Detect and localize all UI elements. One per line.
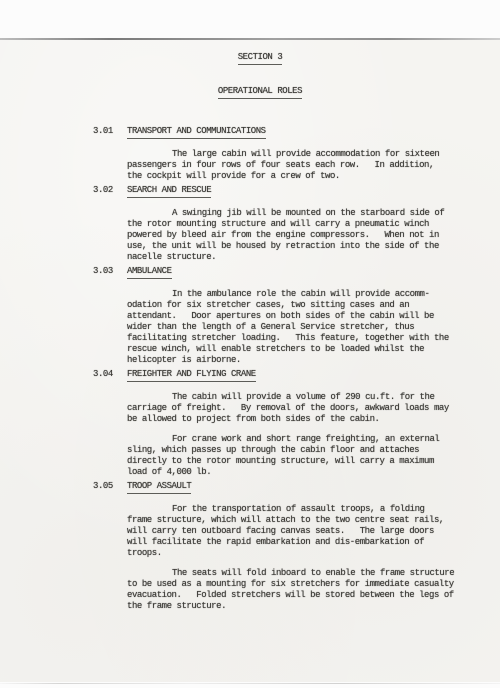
section-label-row: SECTION 3 — [70, 52, 450, 65]
section: 3.04 FREIGHTER AND FLYING CRANE The cabi… — [93, 369, 500, 478]
section-heading: FREIGHTER AND FLYING CRANE — [127, 369, 256, 382]
sections: 3.01 TRANSPORT AND COMMUNICATIONS The la… — [0, 126, 500, 612]
section-number: 3.02 — [93, 185, 127, 198]
paragraph: In the ambulance role the cabin will pro… — [127, 289, 467, 366]
paragraph: For crane work and short range freightin… — [127, 434, 467, 478]
section-heading: TRANSPORT AND COMMUNICATIONS — [127, 126, 266, 139]
section-body: A swinging jib will be mounted on the st… — [127, 208, 467, 263]
section-number: 3.04 — [93, 369, 127, 382]
section-body: In the ambulance role the cabin will pro… — [127, 289, 467, 366]
section-number: 3.05 — [93, 481, 127, 494]
section-header: 3.04 FREIGHTER AND FLYING CRANE — [93, 369, 500, 382]
page-title: OPERATIONAL ROLES — [218, 86, 302, 99]
document-content: SECTION 3 OPERATIONAL ROLES 3.01 TRANSPO… — [0, 52, 500, 615]
paragraph: For the transportation of assault troops… — [127, 504, 467, 559]
section: 3.02 SEARCH AND RESCUE A swinging jib wi… — [93, 185, 500, 263]
section-heading: AMBULANCE — [127, 266, 172, 279]
section-header: 3.02 SEARCH AND RESCUE — [93, 185, 500, 198]
section-heading: SEARCH AND RESCUE — [127, 185, 211, 198]
document-header: SECTION 3 OPERATIONAL ROLES — [70, 52, 450, 99]
page-title-row: OPERATIONAL ROLES — [70, 86, 450, 99]
section-label: SECTION 3 — [238, 52, 283, 65]
scan-edge-bottom-line — [0, 683, 500, 684]
section-header: 3.05 TROOP ASSAULT — [93, 481, 500, 494]
paragraph: The seats will fold inboard to enable th… — [127, 568, 467, 612]
paragraph: A swinging jib will be mounted on the st… — [127, 208, 467, 263]
section-number: 3.01 — [93, 126, 127, 139]
section: 3.03 AMBULANCE In the ambulance role the… — [93, 266, 500, 366]
section: 3.01 TRANSPORT AND COMMUNICATIONS The la… — [93, 126, 500, 182]
scanned-page: SECTION 3 OPERATIONAL ROLES 3.01 TRANSPO… — [0, 0, 500, 688]
section-header: 3.01 TRANSPORT AND COMMUNICATIONS — [93, 126, 500, 139]
section-body: For the transportation of assault troops… — [127, 504, 467, 612]
section-header: 3.03 AMBULANCE — [93, 266, 500, 279]
paragraph: The large cabin will provide accommodati… — [127, 149, 467, 182]
section-body: The large cabin will provide accommodati… — [127, 149, 467, 182]
section-heading: TROOP ASSAULT — [127, 481, 191, 494]
section: 3.05 TROOP ASSAULT For the transportatio… — [93, 481, 500, 612]
section-number: 3.03 — [93, 266, 127, 279]
section-body: The cabin will provide a volume of 290 c… — [127, 392, 467, 478]
paragraph: The cabin will provide a volume of 290 c… — [127, 392, 467, 425]
